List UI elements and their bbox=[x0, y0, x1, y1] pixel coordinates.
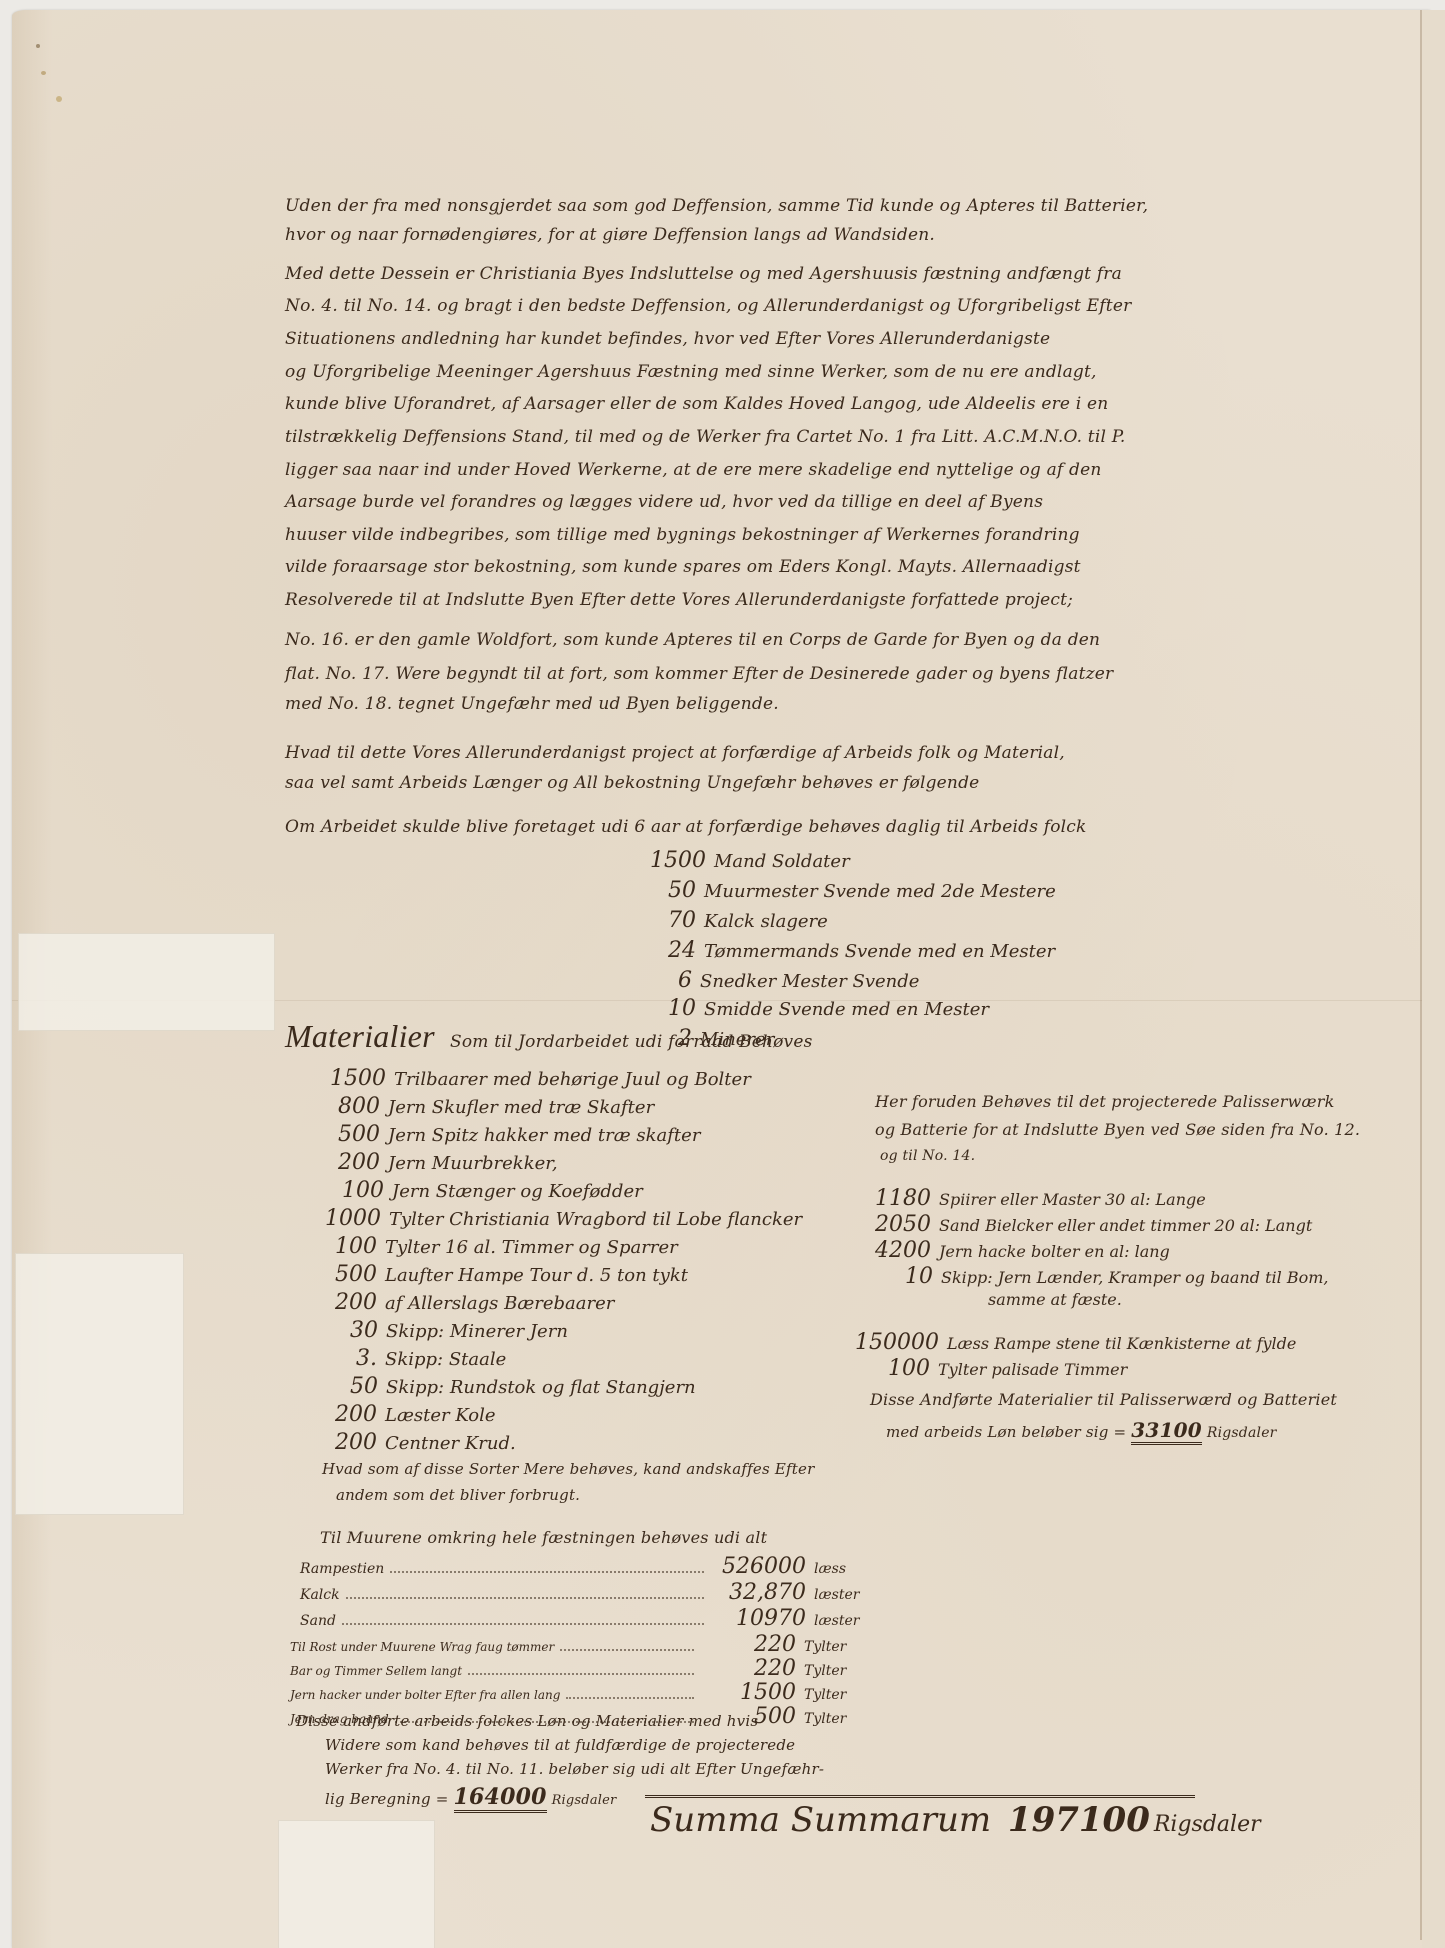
grand-total-value: 197100 bbox=[1008, 1800, 1150, 1840]
ink-spot bbox=[36, 44, 40, 48]
text-line: Om Arbeidet skulde blive foretaget udi 6… bbox=[285, 817, 1405, 837]
text-line: og Uforgribelige Meeninger Agershuus Fæs… bbox=[285, 362, 1405, 382]
list-item: 200Jern Muurbrekker, bbox=[338, 1150, 558, 1175]
text-line: med No. 18. tegnet Ungefæhr med ud Byen … bbox=[285, 694, 1405, 714]
adjacent-page-edge bbox=[1422, 10, 1445, 1948]
text-line: tilstrækkelig Deffensions Stand, til med… bbox=[285, 427, 1405, 447]
text-line: Aarsage burde vel forandres og lægges vi… bbox=[285, 492, 1405, 512]
list-item: 4200Jern hacke bolter en al: lang bbox=[875, 1238, 1170, 1263]
summary-left-total-line: lig Beregning = 164000 Rigsdaler bbox=[325, 1784, 616, 1810]
text-line: Uden der fra med nonsgjerdet saa som god… bbox=[285, 196, 1405, 216]
binding-fold bbox=[1420, 10, 1422, 1940]
list-item: 1000Tylter Christiania Wragbord til Lobe… bbox=[325, 1206, 802, 1231]
text-line: No. 16. er den gamle Woldfort, som kunde… bbox=[285, 630, 1405, 650]
list-item: 200Centner Krud. bbox=[335, 1430, 516, 1455]
grand-total-currency: Rigsdaler bbox=[1154, 1812, 1261, 1837]
text-line: flat. No. 17. Were begyndt til at fort, … bbox=[285, 664, 1405, 684]
text-line: Situationens andledning har kundet befin… bbox=[285, 329, 1405, 349]
summary-right-total-line: med arbeids Løn beløber sig = 33100 Rigs… bbox=[886, 1418, 1277, 1442]
list-item: 24Tømmermands Svende med en Mester bbox=[668, 938, 1055, 963]
text-line: og Batterie for at Indslutte Byen ved Sø… bbox=[875, 1120, 1360, 1139]
text-line: vilde foraarsage stor bekostning, som ku… bbox=[285, 557, 1405, 577]
list-item: 500Jern Spitz hakker med træ skafter bbox=[338, 1122, 700, 1147]
summary-right-total: 33100 bbox=[1131, 1418, 1202, 1445]
list-item: 10Smidde Svende med en Mester bbox=[668, 996, 989, 1021]
grand-total-rule bbox=[645, 1795, 1195, 1798]
list-item: 10Skipp: Jern Lænder, Kramper og baand t… bbox=[905, 1264, 1328, 1289]
list-item: 50Muurmester Svende med 2de Mestere bbox=[668, 878, 1056, 903]
list-item: 200af Allerslags Bærebaarer bbox=[335, 1290, 614, 1315]
text-line: Resolverede til at Indslutte Byen Efter … bbox=[285, 590, 1405, 610]
text-line: Werker fra No. 4. til No. 11. beløber si… bbox=[325, 1760, 824, 1778]
stain-spot bbox=[56, 96, 62, 102]
materials-heading: Materialier bbox=[285, 1018, 435, 1055]
list-item: 500Laufter Hampe Tour d. 5 ton tykt bbox=[335, 1262, 688, 1287]
list-item: 1500Mand Soldater bbox=[650, 848, 850, 873]
list-item: 6Snedker Mester Svende bbox=[678, 968, 919, 993]
repair-tape bbox=[18, 933, 275, 1031]
text-line: Hvad til dette Vores Allerunderdanigst p… bbox=[285, 743, 1405, 763]
list-item: 200Læster Kole bbox=[335, 1402, 496, 1427]
tally-row: Rampestien526000læss bbox=[300, 1554, 870, 1579]
list-item: 3.Skipp: Staale bbox=[356, 1346, 506, 1371]
stain-spot bbox=[41, 71, 46, 75]
text-line: No. 4. til No. 14. og bragt i den bedste… bbox=[285, 296, 1405, 316]
text-line: huuser vilde indbegribes, som tillige me… bbox=[285, 525, 1405, 545]
text-line: og til No. 14. bbox=[880, 1148, 975, 1164]
text-line: kunde blive Uforandret, af Aarsager elle… bbox=[285, 394, 1405, 414]
materials-subheading: Som til Jordarbeidet udi forraad Behøves bbox=[450, 1032, 813, 1052]
tally-row: Til Rost under Muurene Wrag faug tømmer2… bbox=[290, 1632, 860, 1657]
repair-tape bbox=[278, 1820, 435, 1948]
list-item: 100Tylter palisade Timmer bbox=[888, 1356, 1127, 1381]
masonry-heading: Til Muurene omkring hele fæstningen behø… bbox=[320, 1528, 767, 1547]
tally-row: Kalck32,870læster bbox=[300, 1580, 870, 1605]
text-line: Widere som kand behøves til at fuldfærdi… bbox=[325, 1736, 795, 1754]
text-line: ligger saa naar ind under Hoved Werkerne… bbox=[285, 460, 1405, 480]
text-line: Disse Andførte Materialier til Palisserw… bbox=[870, 1390, 1337, 1409]
list-item: 70Kalck slagere bbox=[668, 908, 828, 933]
list-item: 800Jern Skufler med træ Skafter bbox=[338, 1094, 654, 1119]
text-line: Disse andførte arbeids folckes Løn og Ma… bbox=[296, 1712, 758, 1730]
grand-total: Summa Summarum 197100Rigsdaler bbox=[650, 1800, 1261, 1840]
list-item: 2050Sand Bielcker eller andet timmer 20 … bbox=[875, 1212, 1312, 1237]
summary-left-total: 164000 bbox=[454, 1784, 547, 1813]
tally-row: Sand10970læster bbox=[300, 1606, 870, 1631]
list-item: 30Skipp: Minerer Jern bbox=[350, 1318, 568, 1343]
list-item: 50Skipp: Rundstok og flat Stangjern bbox=[350, 1374, 696, 1399]
list-item: 1500Trilbaarer med behørige Juul og Bolt… bbox=[330, 1066, 751, 1091]
text-line: andem som det bliver forbrugt. bbox=[336, 1486, 580, 1504]
text-line: Her foruden Behøves til det projecterede… bbox=[875, 1092, 1334, 1111]
list-item: 100Tylter 16 al. Timmer og Sparrer bbox=[335, 1234, 678, 1259]
text-line: Hvad som af disse Sorter Mere behøves, k… bbox=[322, 1460, 814, 1478]
repair-tape bbox=[15, 1253, 184, 1515]
list-item: 100Jern Stænger og Koefødder bbox=[342, 1178, 643, 1203]
tally-row: Jern hacker under bolter Efter fra allen… bbox=[290, 1680, 860, 1705]
text-line: Med dette Dessein er Christiania Byes In… bbox=[285, 264, 1405, 284]
text-line: saa vel samt Arbeids Længer og All bekos… bbox=[285, 773, 1405, 793]
tally-row: Bar og Timmer Sellem langt220Tylter bbox=[290, 1656, 860, 1681]
list-item: 150000Læss Rampe stene til Kænkisterne a… bbox=[855, 1330, 1296, 1355]
list-item: 1180Spiirer eller Master 30 al: Lange bbox=[875, 1186, 1206, 1211]
grand-total-label: Summa Summarum bbox=[650, 1800, 991, 1840]
list-item: samme at fæste. bbox=[980, 1290, 1122, 1309]
text-line: hvor og naar fornødengiøres, for at giør… bbox=[285, 225, 1405, 245]
